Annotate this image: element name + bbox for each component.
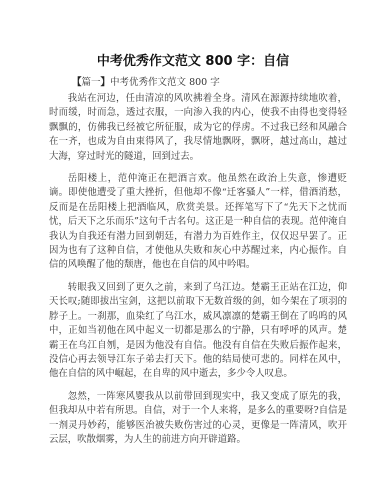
paragraph-3: 转眼我又回到了更久之前，来到了乌江边。楚霸王正站在江边，仰天长叹;随即拔出宝剑，… <box>49 281 347 382</box>
bracket-open: 【 <box>72 77 82 88</box>
section-label: 篇一 <box>82 77 101 88</box>
document-page: 中考优秀作文范文 800 字：自信 【篇一】中考优秀作文范文 800 字 我站在… <box>0 0 386 500</box>
document-title: 中考优秀作文范文 800 字：自信 <box>0 50 386 69</box>
document-body: 我站在河边，任由清凉的风吹拂着全身。清风在源源持续地吹着，时而缓，时而急，透过衣… <box>49 92 347 455</box>
bracket-close: 】 <box>101 77 111 88</box>
section-heading: 【篇一】中考优秀作文范文 800 字 <box>72 74 220 88</box>
paragraph-4: 忽然，一阵寒风婴我从以前带回到现实中，我又变成了原先的我，但我却从中若有所思。自… <box>49 390 347 448</box>
paragraph-1: 我站在河边，任由清凉的风吹拂着全身。清风在源源持续地吹着，时而缓，时而急，透过衣… <box>49 92 347 164</box>
section-text: 中考优秀作文范文 800 字 <box>110 77 220 88</box>
paragraph-2: 岳阳楼上，范仲淹正在把酒言欢。他虽然在政治上失意，惨遭贬谪。即使他遭受了重大挫折… <box>49 172 347 273</box>
